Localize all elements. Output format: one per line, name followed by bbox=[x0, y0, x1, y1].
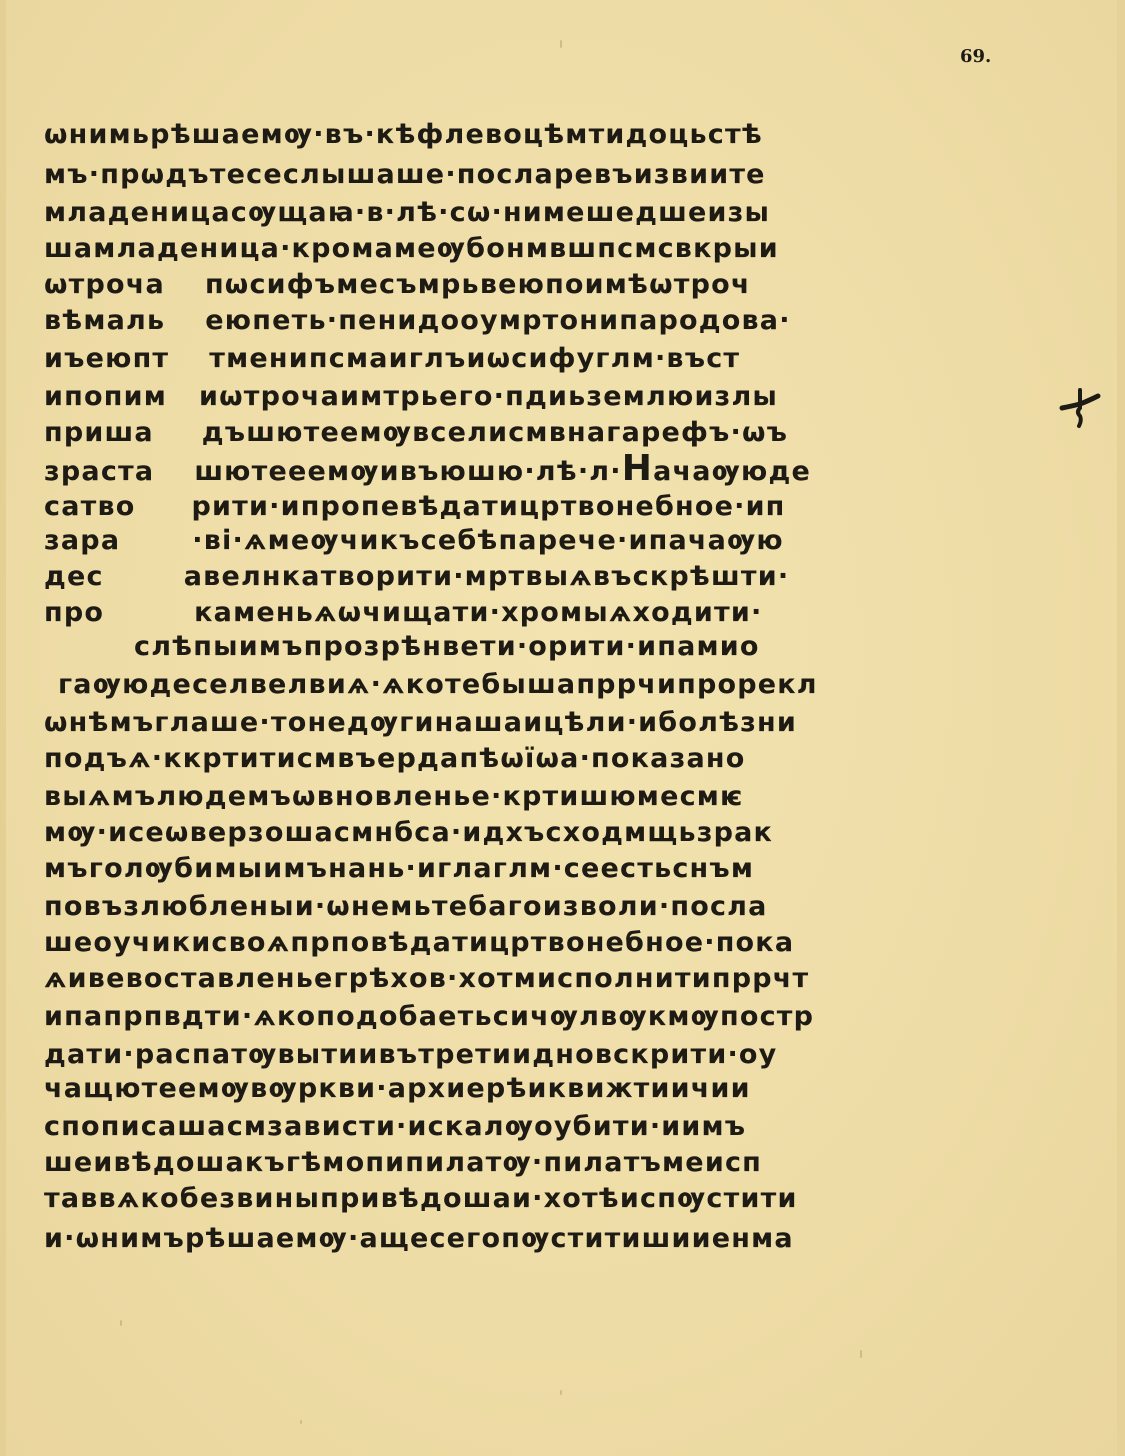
line-text: ѧивевоставленьегрѣхов·хотмисполнитипррчт bbox=[44, 962, 809, 996]
paper-speck bbox=[120, 1320, 122, 1326]
line-text: выѧмълюдемъѡвновленье·кртишюмесмѥ bbox=[44, 780, 744, 814]
line-text: ѡнимьрѣшаемѹ·въ·кѣфлевоцѣмтидоцьстѣ bbox=[44, 118, 763, 152]
page-edge-right bbox=[1117, 0, 1125, 1456]
manuscript-line: гаѹюдеселвелвиѧ·ѧкотебышапррчипрорекл bbox=[58, 668, 818, 702]
manuscript-line: и·ѡнимърѣшаемѹ·ащесегопѹститишииенма bbox=[44, 1222, 794, 1256]
decorated-initial: Н bbox=[622, 448, 653, 489]
line-text: мѹ·исеѡверзошасмнбса·идхъсходмщьзрак bbox=[44, 816, 773, 850]
manuscript-line: слѣпыимъпрозрѣнвети·орити·ипамио bbox=[134, 630, 760, 664]
line-text: про bbox=[44, 596, 104, 630]
manuscript-line: ипопимиѡтрочаимтрьего·пдиьземлюизлы bbox=[44, 380, 778, 414]
line-text: повъзлюбленыи·ѡнемьтебагоизволи·посла bbox=[44, 890, 768, 924]
line-text: иъеюпт bbox=[44, 342, 169, 376]
line-text-continued: рити·ипропевѣдатицртвонебное·ип bbox=[192, 491, 786, 522]
line-text-continued: ·ві·ѧмеѹчикъсебѣпарече·ипачаѹю bbox=[192, 525, 784, 556]
paper-speck bbox=[860, 1350, 862, 1358]
manuscript-line: спописашасмзависти·искалѹоубити·иимъ bbox=[44, 1110, 746, 1144]
line-text: мъголѹбимыимънань·иглаглм·сеестьснъм bbox=[44, 852, 754, 886]
line-text: ипопим bbox=[44, 380, 167, 414]
line-text-continued: пѡсифъмесъмрьвеюпоимѣѡтроч bbox=[205, 269, 751, 300]
line-text: шеоучикисвоѧпрповѣдатицртвонебное·пока bbox=[44, 926, 794, 960]
line-text: таввѧкобезвиныпривѣдошаи·хотѣиспѹстити bbox=[44, 1182, 798, 1216]
manuscript-line: сатворити·ипропевѣдатицртвонебное·ип bbox=[44, 490, 786, 524]
line-text: слѣпыимъпрозрѣнвети·орити·ипамио bbox=[134, 630, 760, 664]
manuscript-line: мѹ·исеѡверзошасмнбса·идхъсходмщьзрак bbox=[44, 816, 773, 850]
line-text: чащютеемѹвѹркви·архиерѣиквижтиичии bbox=[44, 1072, 751, 1106]
paper-speck bbox=[560, 1390, 562, 1395]
line-text-continued: иѡтрочаимтрьего·пдиьземлюизлы bbox=[199, 381, 778, 412]
manuscript-line: мъ·прѡдътесеслышаше·посларевъизвиите bbox=[44, 158, 766, 192]
manuscript-line: младеницасѹщаꙗ·в·лѣ·сѡ·нимешедшеизы bbox=[44, 196, 770, 230]
manuscript-line: подъѧ·ккртитисмвъердапѣѡїѡа·показано bbox=[44, 742, 746, 776]
line-text: шеивѣдошакъгѣмопипилатѹ·пилатъмеисп bbox=[44, 1146, 762, 1180]
paper-speck bbox=[560, 40, 562, 48]
manuscript-line: зара·ві·ѧмеѹчикъсебѣпарече·ипачаѹю bbox=[44, 524, 784, 558]
manuscript-line: повъзлюбленыи·ѡнемьтебагоизволи·посла bbox=[44, 890, 768, 924]
line-text: дати·распатѹвытиивътретиидновскрити·оу bbox=[44, 1038, 777, 1072]
line-text: ипапрпвдти·ѧкоподобаетьсичѹлвѹкмѹпостр bbox=[44, 1000, 814, 1034]
line-text: подъѧ·ккртитисмвъердапѣѡїѡа·показано bbox=[44, 742, 746, 776]
line-text: ѡнѣмъглаше·тонедѹгинашаицѣли·иболѣзни bbox=[44, 706, 797, 740]
line-text-continued: каменьѧѡчищати·хромыѧходити· bbox=[194, 597, 762, 628]
manuscript-line: чащютеемѹвѹркви·архиерѣиквижтиичии bbox=[44, 1072, 751, 1106]
manuscript-line: таввѧкобезвиныпривѣдошаи·хотѣиспѹстити bbox=[44, 1182, 798, 1216]
paper-speck bbox=[300, 1420, 302, 1424]
line-text-continued: шютееемѹивъюшю·лѣ·л· bbox=[194, 456, 621, 487]
manuscript-line: шеоучикисвоѧпрповѣдатицртвонебное·пока bbox=[44, 926, 794, 960]
manuscript-page: 69. ѡнимьрѣшаемѹ·въ·кѣфлевоцѣмтидоцьстѣм… bbox=[0, 0, 1125, 1456]
line-text-continued: еюпеть·пенидооумртонипародова· bbox=[205, 305, 790, 336]
line-text: шамладеница·кромамеѹбонмвшпсмсвкрыи bbox=[44, 232, 779, 266]
manuscript-line: пришадъшютеемѹвселисмвнагарефъ·ѡъ bbox=[44, 416, 788, 450]
manuscript-line: шамладеница·кромамеѹбонмвшпсмсвкрыи bbox=[44, 232, 779, 266]
line-text-continued: авелнкатворити·мртвыѧвъскрѣшти· bbox=[184, 561, 790, 592]
line-text: зраста bbox=[44, 455, 154, 489]
line-text-after-initial: ачаѹюде bbox=[653, 456, 811, 487]
line-text: гаѹюдеселвелвиѧ·ѧкотебышапррчипрорекл bbox=[58, 668, 818, 702]
line-text: спописашасмзависти·искалѹоубити·иимъ bbox=[44, 1110, 746, 1144]
page-number: 69. bbox=[960, 46, 991, 67]
manuscript-line: дати·распатѹвытиивътретиидновскрити·оу bbox=[44, 1038, 777, 1072]
manuscript-line: ипапрпвдти·ѧкоподобаетьсичѹлвѹкмѹпостр bbox=[44, 1000, 814, 1034]
line-text-continued: дъшютеемѹвселисмвнагарефъ·ѡъ bbox=[202, 417, 788, 448]
line-text: младеницасѹщаꙗ·в·лѣ·сѡ·нимешедшеизы bbox=[44, 196, 770, 230]
manuscript-line: десавелнкатворити·мртвыѧвъскрѣшти· bbox=[44, 560, 789, 594]
manuscript-line: ѡтрочапѡсифъмесъмрьвеюпоимѣѡтроч bbox=[44, 268, 751, 302]
manuscript-line: зрасташютееемѹивъюшю·лѣ·л·Начаѹюде bbox=[44, 452, 811, 486]
line-text: ѡтроча bbox=[44, 268, 165, 302]
margin-cross-icon bbox=[1058, 386, 1102, 430]
manuscript-line: выѧмълюдемъѡвновленье·кртишюмесмѥ bbox=[44, 780, 744, 814]
manuscript-line: прокаменьѧѡчищати·хромыѧходити· bbox=[44, 596, 762, 630]
line-text: зара bbox=[44, 524, 120, 558]
manuscript-line: вѣмальеюпеть·пенидооумртонипародова· bbox=[44, 304, 791, 338]
manuscript-line: ѧивевоставленьегрѣхов·хотмисполнитипррчт bbox=[44, 962, 809, 996]
manuscript-line: мъголѹбимыимънань·иглаглм·сеестьснъм bbox=[44, 852, 754, 886]
line-text: приша bbox=[44, 416, 154, 450]
line-text-continued: тменипсмаиглъиѡсифуглм·въст bbox=[209, 343, 740, 374]
line-text: мъ·прѡдътесеслышаше·посларевъизвиите bbox=[44, 158, 766, 192]
manuscript-line: иъеюпттменипсмаиглъиѡсифуглм·въст bbox=[44, 342, 740, 376]
page-edge-left bbox=[0, 0, 6, 1456]
manuscript-line: ѡнимьрѣшаемѹ·въ·кѣфлевоцѣмтидоцьстѣ bbox=[44, 118, 763, 152]
line-text: дес bbox=[44, 560, 104, 594]
line-text: и·ѡнимърѣшаемѹ·ащесегопѹститишииенма bbox=[44, 1222, 794, 1256]
manuscript-line: шеивѣдошакъгѣмопипилатѹ·пилатъмеисп bbox=[44, 1146, 762, 1180]
line-text: вѣмаль bbox=[44, 304, 165, 338]
line-text: сатво bbox=[44, 490, 136, 524]
manuscript-line: ѡнѣмъглаше·тонедѹгинашаицѣли·иболѣзни bbox=[44, 706, 797, 740]
